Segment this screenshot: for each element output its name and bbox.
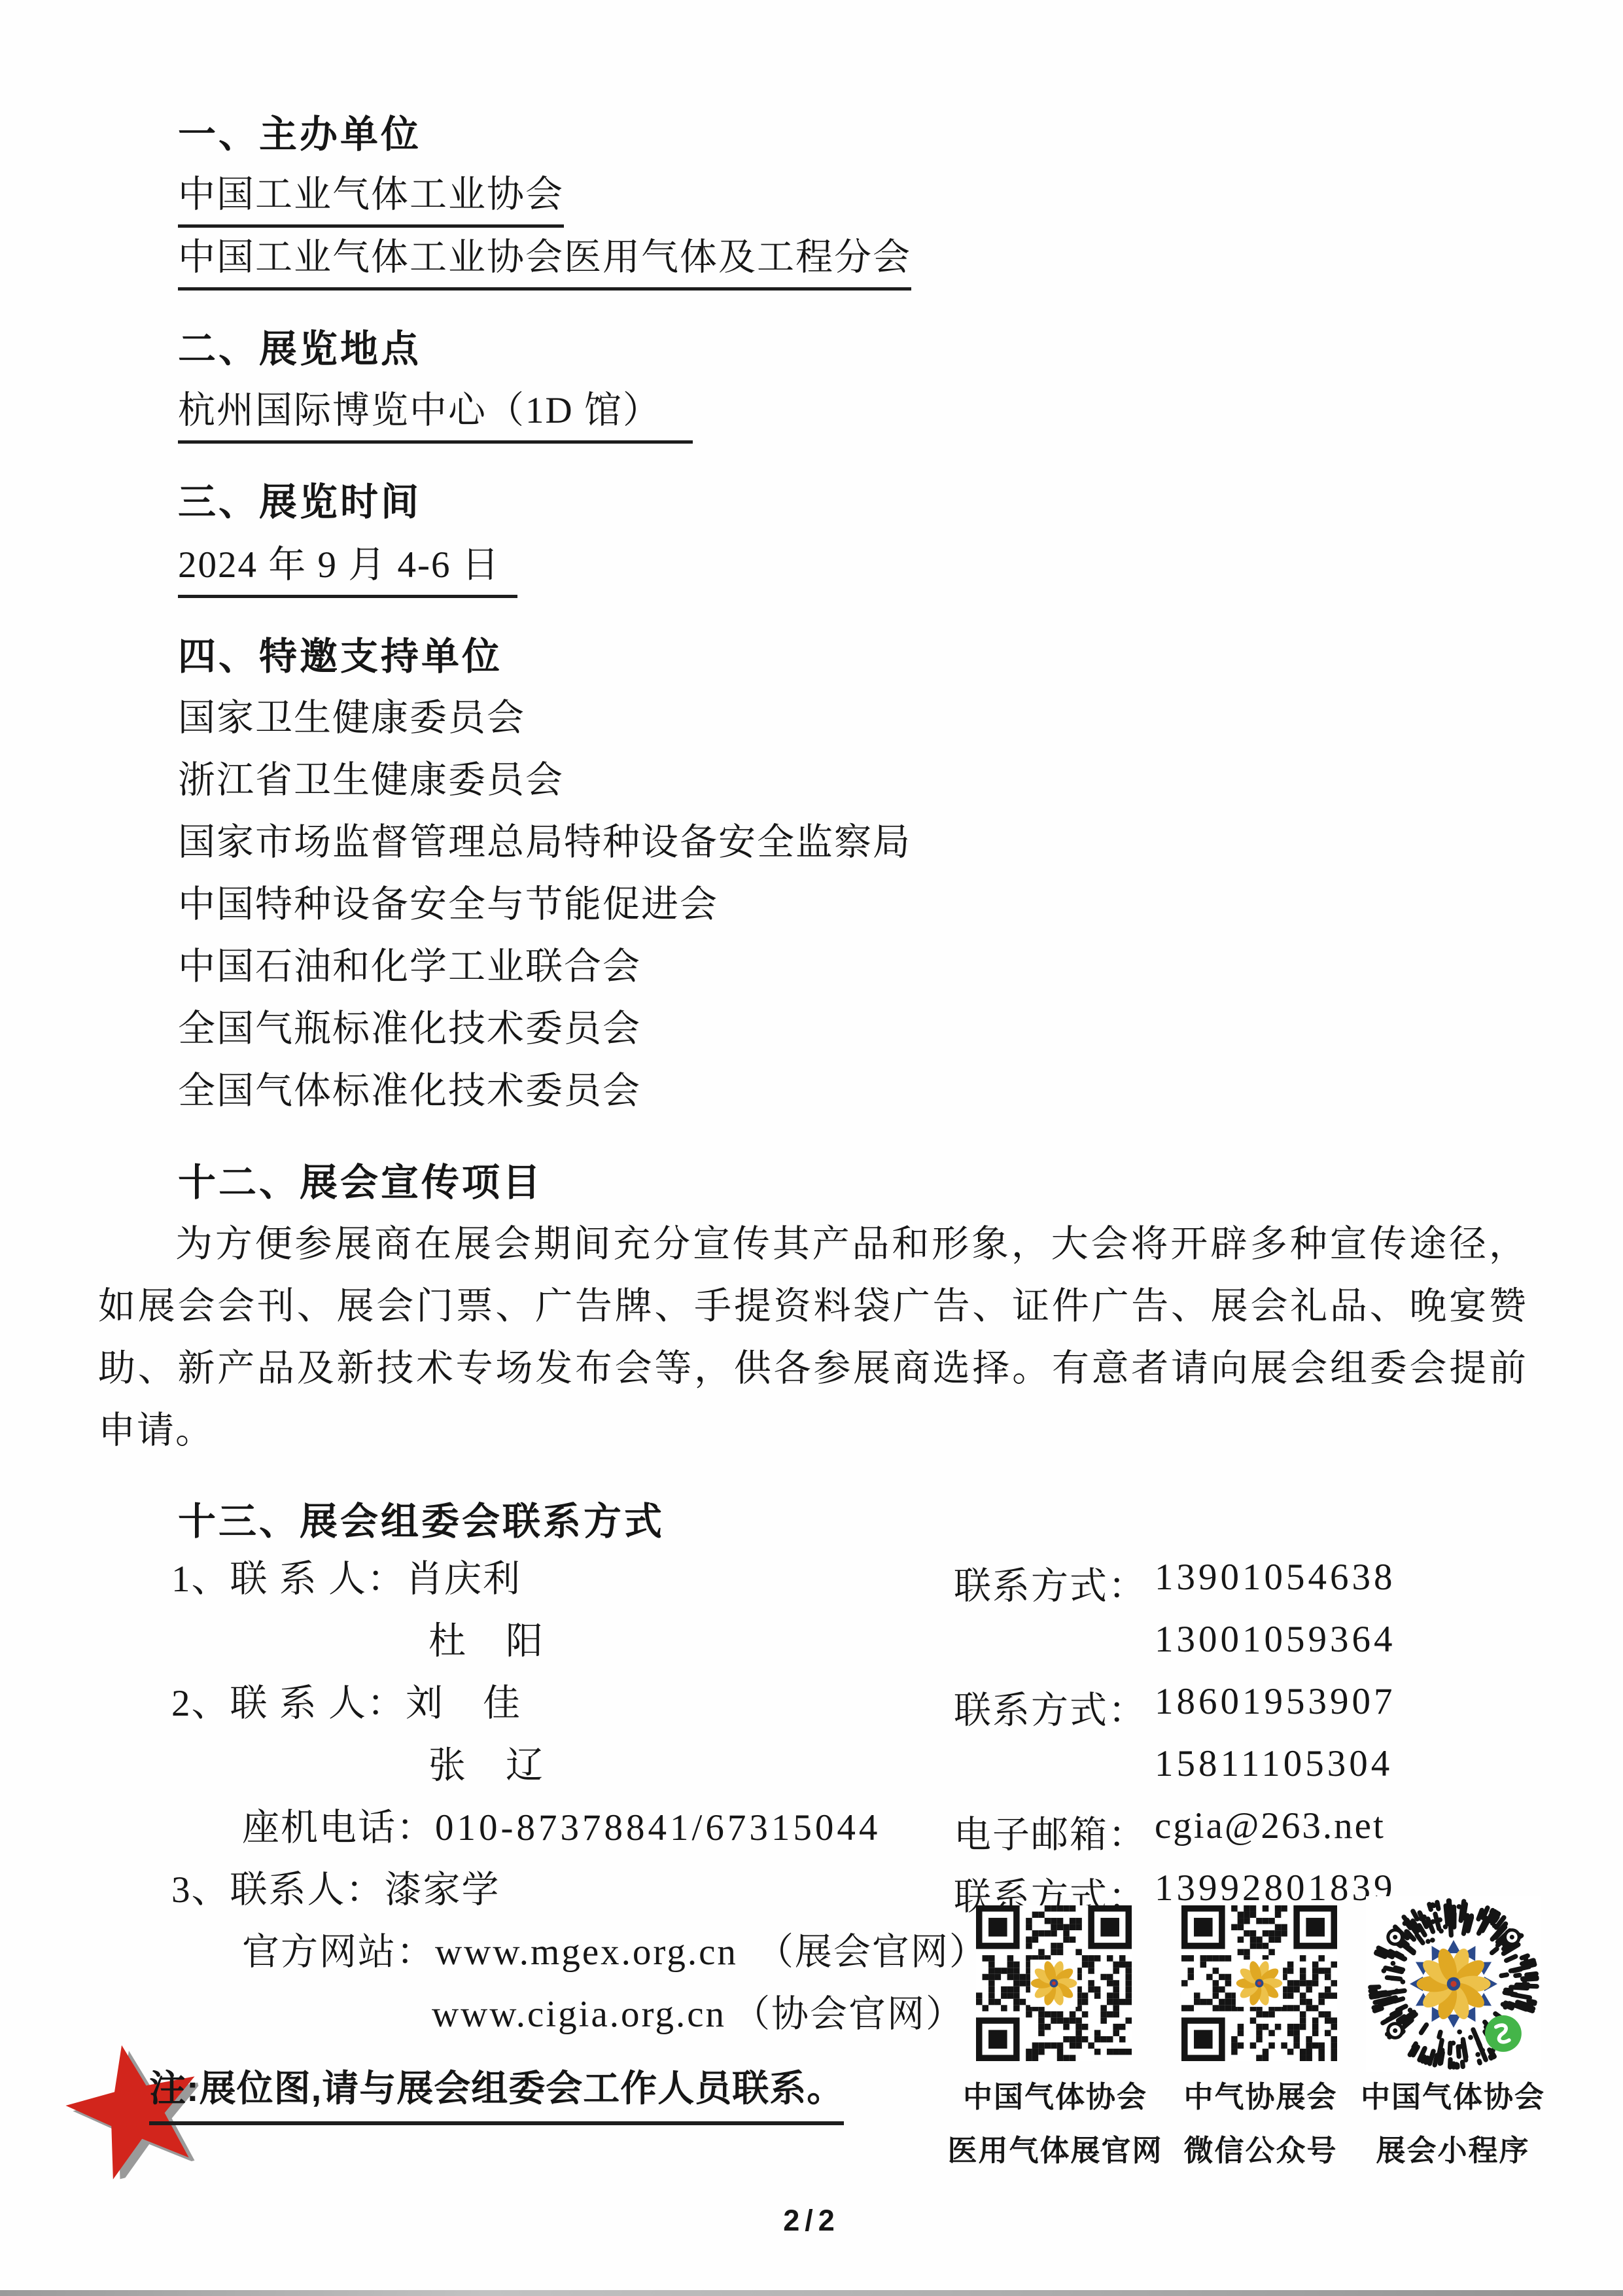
website-row-1: 官方网站：www.mgex.org.cn（展会官网）	[242, 1929, 988, 1976]
qr-caption: 中国气体协会	[947, 2073, 1163, 2115]
supporter-line: 浙江省卫生健康委员会	[178, 757, 564, 804]
promotion-paragraph-line: 助、新产品及新技术专场发布会等，供各参展商选择。有意者请向展会组委会提前	[98, 1337, 1527, 1400]
qr-code-medical-gas-expo-website	[976, 1905, 1132, 2061]
supporter-line: 国家市场监督管理总局特种设备安全监察局	[178, 819, 911, 866]
qr-caption: 展会小程序	[1345, 2127, 1561, 2169]
qr-caption: 中气协展会	[1153, 2073, 1369, 2115]
page-number: 2/2	[0, 2204, 1623, 2238]
section-title-supporters: 四、特邀支持单位	[178, 633, 502, 680]
email-label: 电子邮箱：	[954, 1805, 1155, 1858]
promotion-paragraph-line: 如展会会刊、展会门票、广告牌、手提资料袋广告、证件广告、展会礼品、晚宴赞	[98, 1275, 1527, 1337]
dates-value: 2024 年 9 月 4-6 日	[178, 542, 517, 598]
supporter-line: 中国特种设备安全与节能促进会	[178, 881, 718, 928]
website-url-exhibition: www.mgex.org.cn	[435, 1932, 738, 1973]
section-title-organizers: 一、主办单位	[178, 111, 421, 158]
qr-code-wechat-official-account	[1181, 1905, 1337, 2061]
section-title-contacts: 十三、展会组委会联系方式	[178, 1498, 665, 1545]
organizer-1: 中国工业气体工业协会	[178, 171, 564, 228]
booth-map-note: 注:展位图,请与展会组委会工作人员联系。	[149, 2060, 844, 2125]
scan-edge-artifact	[0, 2290, 1623, 2296]
document-page: 一、主办单位 中国工业气体工业协会 中国工业气体工业协会医用气体及工程分会 二、…	[0, 0, 1623, 2296]
phone-label: 联系方式：	[954, 1556, 1155, 1610]
phone-value: 18601953907	[1155, 1680, 1396, 1734]
website-suffix: （协会官网）	[733, 1994, 964, 2035]
venue-value: 杭州国际博览中心（1D 馆）	[178, 387, 693, 444]
email-value: cgia@263.net	[1155, 1805, 1386, 1858]
supporter-line: 全国气体标准化技术委员会	[178, 1068, 641, 1115]
section-title-venue: 二、展览地点	[178, 326, 421, 373]
contact-phone-1: 联系方式： 13901054638	[954, 1556, 1396, 1610]
contact-phone-2: 联系方式： 18601953907	[954, 1680, 1396, 1734]
organizer-2: 中国工业气体工业协会医用气体及工程分会	[178, 234, 911, 291]
website-suffix: （展会官网）	[756, 1932, 988, 1973]
venue-line: 杭州国际博览中心（1D 馆）	[178, 387, 693, 444]
dates-line: 2024 年 9 月 4-6 日	[178, 542, 517, 598]
organizer-line: 中国工业气体工业协会	[178, 171, 564, 228]
contact-person-2b: 张 辽	[428, 1742, 544, 1790]
contact-person-3: 3、联系人：漆家学	[171, 1867, 500, 1914]
qr-caption: 中国气体协会	[1345, 2073, 1561, 2115]
supporter-line: 国家卫生健康委员会	[178, 695, 525, 742]
organizer-line: 中国工业气体工业协会医用气体及工程分会	[178, 234, 911, 291]
contact-person-2: 2、联 系 人：刘 佳	[171, 1680, 521, 1727]
supporter-line: 全国气瓶标准化技术委员会	[178, 1006, 641, 1053]
promotion-paragraph-line: 申请。	[98, 1400, 1527, 1462]
contact-phone-1b: 13001059364	[1155, 1618, 1396, 1661]
contact-person-1b: 杜 阳	[428, 1618, 544, 1665]
phone-label: 联系方式：	[954, 1680, 1155, 1734]
phone-value: 13901054638	[1155, 1556, 1396, 1610]
contact-phone-2b: 15811105304	[1155, 1742, 1393, 1785]
website-row-2: www.cigia.org.cn（协会官网）	[432, 1991, 964, 2038]
qr-caption: 微信公众号	[1153, 2127, 1369, 2169]
section-title-dates: 三、展览时间	[178, 479, 421, 526]
email-row: 电子邮箱： cgia@263.net	[954, 1805, 1386, 1858]
qr-caption: 医用气体展官网	[947, 2127, 1163, 2169]
contact-person-1: 1、联 系 人：肖庆利	[171, 1556, 521, 1603]
landline-label: 座机电话：	[242, 1807, 435, 1848]
landline-value: 010-87378841/67315044	[435, 1807, 881, 1848]
website-label: 官方网站：	[242, 1932, 435, 1973]
qr-code-mini-program	[1366, 1896, 1541, 2072]
promotion-paragraph-line: 为方便参展商在展会期间充分宣传其产品和形象，大会将开辟多种宣传途径，	[98, 1213, 1527, 1275]
landline-row: 座机电话：010-87378841/67315044	[242, 1805, 881, 1852]
section-title-promotion: 十二、展会宣传项目	[178, 1159, 543, 1207]
supporter-line: 中国石油和化学工业联合会	[178, 944, 641, 991]
website-url-association: www.cigia.org.cn	[432, 1994, 726, 2035]
